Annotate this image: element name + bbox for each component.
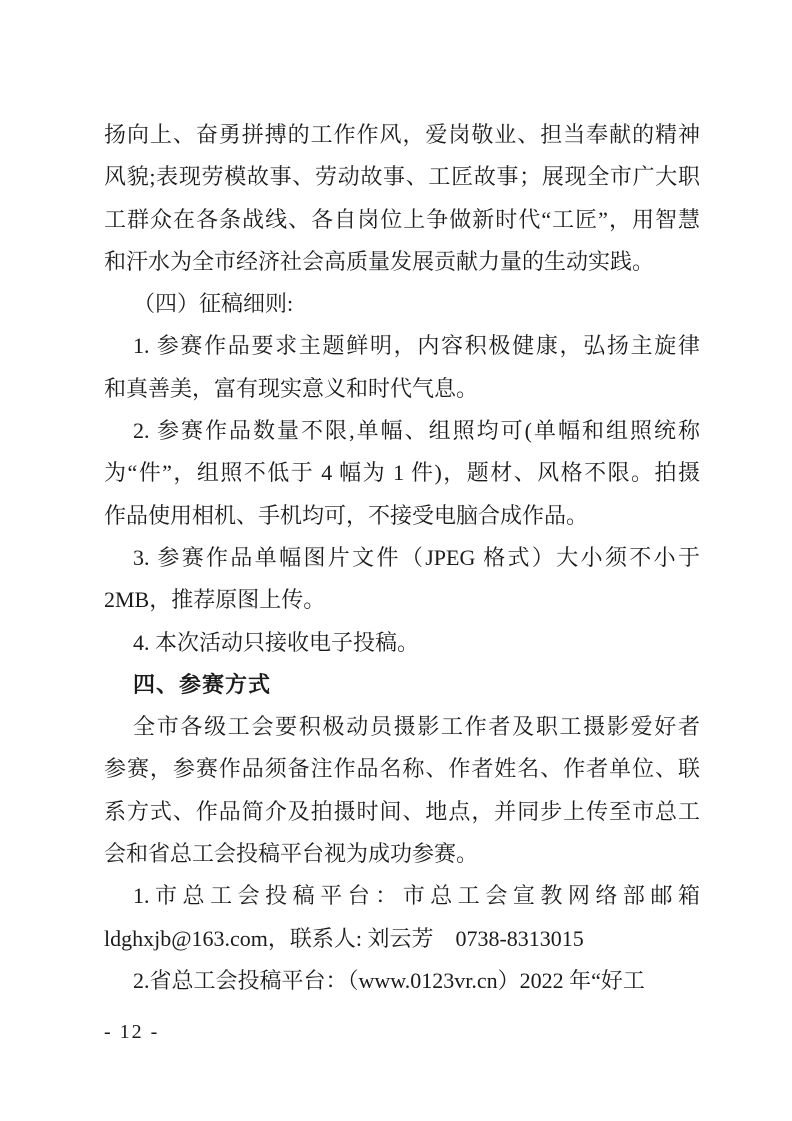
text-line: 为“件”，组照不低于 4 幅为 1 件)，题材、风格不限。拍摄 [104, 452, 700, 494]
contact-line: ldghxjb@163.com，联系人: 刘云芳 0738-8313015 [104, 918, 700, 960]
list-item-line: 4. 本次活动只接收电子投稿。 [104, 622, 700, 664]
text-line: 和汗水为全市经济社会高质量发展贡献力量的生动实践。 [104, 241, 700, 283]
text-line: 参赛，参赛作品须备注作品名称、作者姓名、作者单位、联 [104, 748, 700, 790]
text-line: 全市各级工会要积极动员摄影工作者及职工摄影爱好者 [104, 706, 700, 748]
list-item-line: 1.市总工会投稿平台：市总工会宣教网络部邮箱 [104, 875, 700, 917]
text-line: 作品使用相机、手机均可，不接受电脑合成作品。 [104, 495, 700, 537]
list-item-line: 2.省总工会投稿平台：（www.0123vr.cn）2022 年“好工 [104, 960, 700, 1002]
document-body: 扬向上、奋勇拼搏的工作作风，爱岗敬业、担当奉献的精神 风貌;表现劳模故事、劳动故… [104, 114, 700, 1002]
list-item-line: 2. 参赛作品数量不限,单幅、组照均可(单幅和组照统称 [104, 410, 700, 452]
text-line: 会和省总工会投稿平台视为成功参赛。 [104, 833, 700, 875]
text-line: 工群众在各条战线、各自岗位上争做新时代“工匠”，用智慧 [104, 199, 700, 241]
list-item-line: 1. 参赛作品要求主题鲜明，内容积极健康，弘扬主旋律 [104, 325, 700, 367]
list-item-line: 3. 参赛作品单幅图片文件（JPEG 格式）大小须不小于 [104, 537, 700, 579]
document-page: 扬向上、奋勇拼搏的工作作风，爱岗敬业、担当奉献的精神 风貌;表现劳模故事、劳动故… [0, 0, 792, 1121]
text-line: 扬向上、奋勇拼搏的工作作风，爱岗敬业、担当奉献的精神 [104, 114, 700, 156]
page-number: - 12 - [104, 1019, 159, 1045]
text-line: 风貌;表现劳模故事、劳动故事、工匠故事；展现全市广大职 [104, 156, 700, 198]
text-line: 和真善美，富有现实意义和时代气息。 [104, 368, 700, 410]
section-heading: 四、参赛方式 [104, 664, 700, 706]
text-line: 2MB，推荐原图上传。 [104, 579, 700, 621]
subsection-heading: （四）征稿细则: [104, 283, 700, 325]
text-line: 系方式、作品简介及拍摄时间、地点，并同步上传至市总工 [104, 791, 700, 833]
